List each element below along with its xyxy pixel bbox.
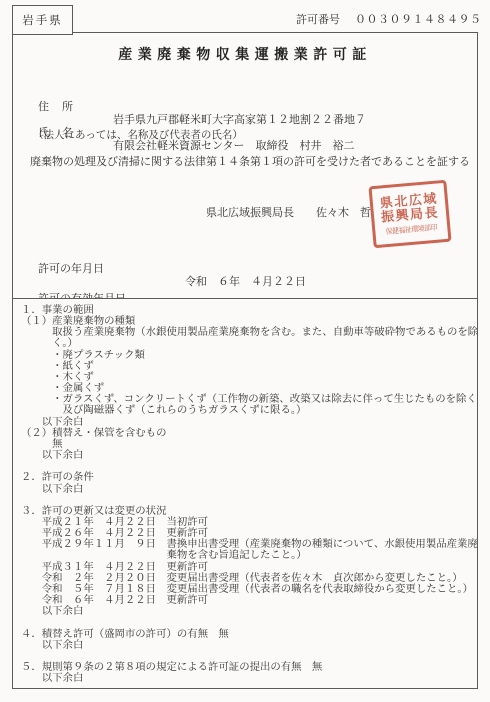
document-title: 産業廃棄物収集運搬業許可証 [13,44,477,64]
permit-number-value: ００３０９１４８４９５ [355,11,482,27]
detail-line: 棄物を含む旨追記したこと。） [21,550,477,561]
detail-line: ５．規則第９条の２第８項の規定による許可証の提出の有無 無 [21,662,477,673]
corporate-note: （法人にあっては、名称及び代表者の氏名） [33,127,243,142]
detail-line: 取扱う産業廃棄物（水銀使用製品産業廃棄物を含む。また、自動車等破砕物であるものを… [21,327,477,338]
certificate-header-box: 産業廃棄物収集運搬業許可証 住 所 岩手県九戸郡軽米町大字高家第１２地割２２番地… [12,32,478,299]
detail-line: ４．積替え許可（盛岡市の許可）の有無 無 [21,629,477,640]
prefecture-label: 岩手県 [22,12,63,28]
certification-statement: 廃棄物の処理及び清掃に関する法律第１４条第１項の許可を受けた者であることを証する [30,153,470,169]
permit-document-page: 岩手県 許可番号 ００３０９１４８４９５ 産業廃棄物収集運搬業許可証 住 所 岩… [0,0,490,702]
permit-number: 許可番号 ００３０９１４８４９５ [296,11,482,27]
holder-address-row: 住 所 岩手県九戸郡軽米町大字高家第１２地割２２番地７ [13,85,477,99]
detail-line: 以下余白 [21,673,477,684]
holder-name-row: 氏 名 有限会社軽米資源センター 取締役 村井 裕二 [13,111,477,125]
permit-number-label: 許可番号 [296,11,340,27]
permit-details-box: １．事業の範囲（１）産業廃棄物の種類 取扱う産業廃棄物（水銀使用製品産業廃棄物を… [12,298,478,689]
detail-line: （２）積替え・保管を含むもの [21,428,477,439]
detail-line: 以下余白 [21,484,477,495]
detail-line [21,617,477,628]
detail-line: 以下余白 [21,450,477,461]
expiry-date-row: 許可の有効年月日 令和１１年 ４月２１日 [13,277,477,291]
official-seal-stamp: 県北広域 振興局長 保健福祉環境部印 [368,180,451,249]
permit-date-row: 許可の年月日 令和 ６年 ４月２２日 [13,247,477,261]
detail-line: 令和 ６年 ４月２２日 更新許可 [21,595,477,606]
detail-line: く。） [21,338,477,349]
issuer-name: 県北広域振興局長 佐々木 哲 [206,204,371,220]
detail-line: ２．許可の条件 [21,472,477,483]
prefecture-box: 岩手県 [12,5,73,35]
detail-line: 以下余白 [21,606,477,617]
permit-date-label: 許可の年月日 [38,260,104,276]
detail-line: 以下余白 [21,640,477,651]
detail-line: 無 [21,439,477,450]
detail-line: 及び陶磁器くず（これらのうちガラスくずに限る。） [21,405,477,416]
details-lines: １．事業の範囲（１）産業廃棄物の種類 取扱う産業廃棄物（水銀使用製品産業廃棄物を… [13,299,477,684]
